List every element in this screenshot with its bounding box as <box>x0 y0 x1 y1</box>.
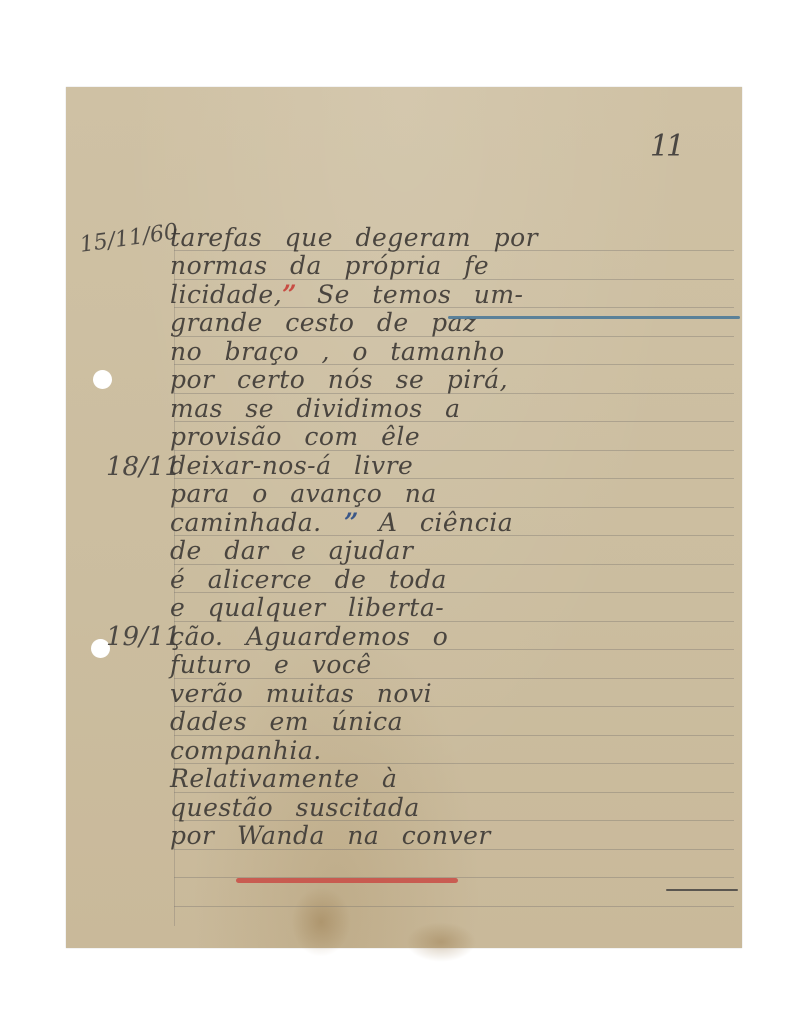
pencil-underline <box>666 889 738 891</box>
text-line: licidade,” Se temos um- <box>170 281 730 309</box>
text-line: dades em única <box>170 708 730 736</box>
text-fragment: caminhada. <box>170 508 322 537</box>
text-line: é alicerce de toda <box>170 566 730 594</box>
red-quote-mark: ” <box>282 280 294 309</box>
margin-date: 15/11/60 <box>78 219 179 258</box>
paper-stain <box>406 922 476 962</box>
text-line: mas se dividimos a <box>170 395 730 423</box>
text-fragment: Se temos um- <box>317 280 524 309</box>
red-underline <box>236 878 458 883</box>
text-line: verão muitas novi <box>170 680 730 708</box>
blue-quote-mark: ” <box>344 508 356 537</box>
blue-underline <box>448 316 740 319</box>
text-line: grande cesto de paz <box>170 309 730 337</box>
text-line: por certo nós se pirá, <box>170 366 730 394</box>
text-line: para o avanço na <box>170 480 730 508</box>
page-number: 11 <box>650 129 682 164</box>
paper-stain <box>291 887 351 957</box>
text-fragment: licidade, <box>170 280 282 309</box>
text-line: questão suscitada <box>170 794 730 822</box>
manuscript-page: 11 15/11/60 18/11 19/11 tarefas que dege… <box>66 87 742 948</box>
text-line: de dar e ajudar <box>170 537 730 565</box>
text-line: caminhada. ” A ciência <box>170 509 730 537</box>
text-line: tarefas que degeram por <box>170 224 730 252</box>
text-fragment: A ciência <box>379 508 513 537</box>
text-line: deixar-nos-á livre <box>170 452 730 480</box>
text-line: Relativamente à <box>170 765 730 793</box>
text-line: provisão com êle <box>170 423 730 451</box>
text-line: por Wanda na conver <box>170 822 730 850</box>
text-line: ção. Aguardemos o <box>170 623 730 651</box>
text-line: companhia. <box>170 737 730 765</box>
text-line: futuro e você <box>170 651 730 679</box>
binder-hole <box>93 370 112 389</box>
text-line: normas da própria fe <box>170 252 730 280</box>
text-line: no braço , o tamanho <box>170 338 730 366</box>
text-line: e qualquer liberta- <box>170 594 730 622</box>
